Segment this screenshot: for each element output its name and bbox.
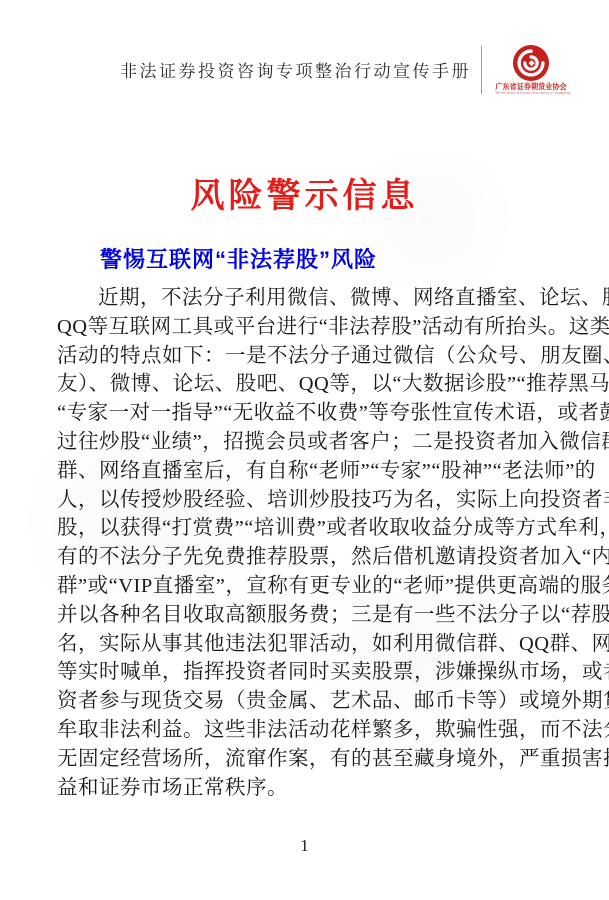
body-line: 牟取非法利益。这些非法活动花样繁多，欺骗性强，而不法分子往往 [57, 716, 553, 745]
body-line: QQ等互联网工具或平台进行“非法荐股”活动有所抬头。这类非法 [57, 313, 553, 342]
body-line: 群”或“VIP直播室”，宣称有更专业的“老师”提供更高端的服务， [57, 572, 553, 601]
body-line: 过往炒股“业绩”，招揽会员或者客户；二是投资者加入微信群、QQ [57, 428, 553, 457]
body-line: 活动的特点如下：一是不法分子通过微信（公众号、朋友圈、添加好 [57, 342, 553, 371]
body-line: 近期，不法分子利用微信、微博、网络直播室、论坛、股吧、 [57, 284, 553, 313]
body-line: 群、网络直播室后，有自称“老师”“专家”“股神”“老法师”的 [57, 457, 553, 486]
document-page: 非法证券投资咨询专项整治行动宣传手册 广东省证券期货业协会 The Securi… [0, 0, 609, 900]
section-heading: 警惕互联网“非法荐股”风险 [100, 243, 377, 274]
header-divider [481, 46, 482, 94]
body-line: 等实时喊单，指挥投资者同时买卖股票，涉嫌操纵市场，或者诱骗投 [57, 658, 553, 687]
association-logo: 广东省证券期货业协会 The Securities & Futures Asso… [491, 44, 571, 96]
body-line: 有的不法分子先免费推荐股票，然后借机邀请投资者加入“内部VIP [57, 543, 553, 572]
page-title: 风险警示信息 [0, 168, 609, 217]
association-name-en: The Securities & Futures Association of … [495, 91, 567, 95]
association-logo-icon [512, 44, 550, 82]
body-line: 资者参与现货交易（贵金属、艺术品、邮币卡等）或境外期货交易， [57, 687, 553, 716]
body-paragraph: 近期，不法分子利用微信、微博、网络直播室、论坛、股吧、QQ等互联网工具或平台进行… [57, 284, 553, 802]
body-line: 股，以获得“打赏费”“培训费”或者收取收益分成等方式牟利，也 [57, 514, 553, 543]
body-line: 友）、微博、论坛、股吧、QQ等，以“大数据诊股”“推荐黑马” [57, 370, 553, 399]
booklet-title: 非法证券投资咨询专项整治行动宣传手册 [120, 57, 471, 96]
body-line: 益和证券市场正常秩序。 [57, 774, 553, 803]
page-number: 1 [0, 836, 609, 856]
body-line: 名，实际从事其他违法犯罪活动，如利用微信群、QQ群、网络直播室 [57, 630, 553, 659]
body-line: 无固定经营场所，流窜作案，有的甚至藏身境外，严重损害投资者利 [57, 745, 553, 774]
body-line: “专家一对一指导”“无收益不收费”等夸张性宣传术语，或者鼓吹 [57, 399, 553, 428]
body-line: 人，以传授炒股经验、培训炒股技巧为名，实际上向投资者非法荐 [57, 486, 553, 515]
body-line: 并以各种名目收取高额服务费；三是有一些不法分子以“荐股”为 [57, 601, 553, 630]
page-header: 非法证券投资咨询专项整治行动宣传手册 广东省证券期货业协会 The Securi… [0, 44, 571, 96]
